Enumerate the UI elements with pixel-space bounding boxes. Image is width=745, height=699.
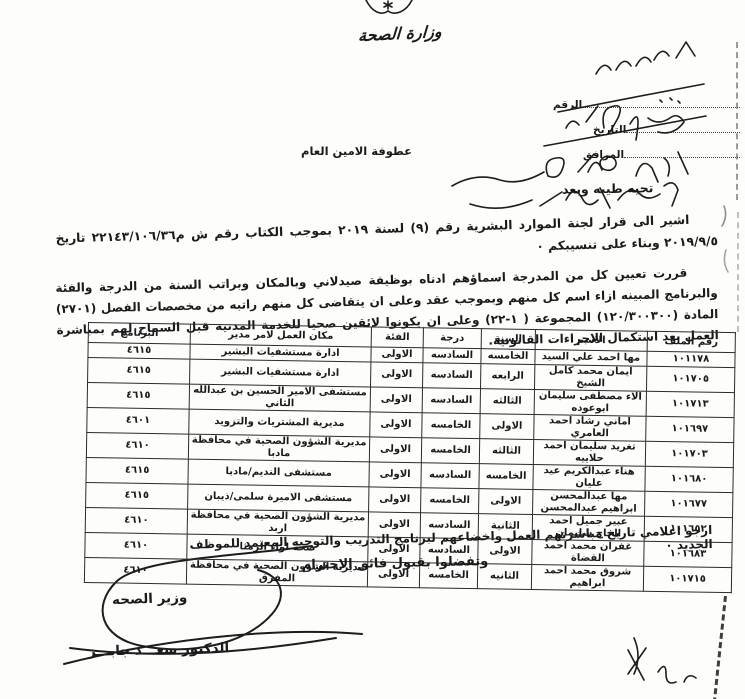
scan-fold-line-bottom [713,596,727,699]
cell-year: الاولى [479,489,533,515]
cell-workplace: مستشفى الامير الحسين بن عبدالله الثاني [189,384,370,412]
margin-marks [722,206,728,272]
cell-name: اماني رشاد احمد العامري [534,415,646,442]
header-degree: درجة [423,328,481,349]
header-file-no: رقم الملف [647,331,735,352]
cell-category: الاولى [369,437,421,463]
cell-year: الثالثه [480,389,534,415]
cell-year: الرابعه [481,364,535,390]
scan-fold-line-middle [737,212,739,332]
cell-degree: الخامسه [421,438,479,464]
cell-file-no: ١٠١٧٠٥ [646,366,734,392]
minister-title: وزير الصحه [112,590,188,609]
cell-category: الاولى [369,487,421,513]
cell-category: الاولى [370,412,422,438]
bottom-right-initials [628,638,696,683]
greeting-line: تحيه طيبه وبعد [561,180,653,197]
ref-date-line [626,122,740,133]
cell-program: ٤٦١٠ [84,557,186,584]
recipient-line: عطوفة الامين العام [338,144,412,158]
header-workplace: مكان العمل لامر مدير [190,324,371,347]
cell-category: الاولى [371,347,423,363]
ref-number-line [582,97,740,108]
cell-degree: السادسه [422,388,480,414]
header-category: الفئة [371,327,423,348]
cell-year: الخامسه [481,349,535,365]
cell-name: الاء مصطفى سليمان ابوعوده [534,390,646,417]
cell-file-no: ١٠١٦٨٠ [645,466,733,492]
cell-name: مها احمد علي السيد [535,350,647,367]
cell-file-no: ١٠١٦٧٧ [645,491,733,517]
header-year: السنة [481,329,535,350]
cell-program: ٤٦١٥ [86,457,188,484]
cell-workplace: مستشفى النديم/مادبا [188,459,369,487]
cell-program: ٤٦١٠ [85,507,187,534]
ref-date-label: التاريخ [593,124,626,136]
cell-name: مها عبدالمحسن ابراهيم عبدالمحسن [533,490,645,517]
cell-workplace: مديرية المشتريات والتزويد [189,409,370,437]
document-page: { "doc": { "ministry_name": "وزارة الصحة… [0,0,745,699]
cell-degree: السادسه [421,463,479,489]
cell-workplace: مستشفى الاميرة سلمى/ذيبان [188,484,369,512]
cell-program: ٤٦١٠ [86,432,188,459]
cell-workplace: ادارة مستشفيات البشير [190,359,371,387]
cell-year: الخامسه [479,464,533,490]
cell-file-no: ١٠١٧٠٣ [645,441,733,467]
cell-year: الاولى [480,414,534,440]
cell-degree: السادسه [423,348,481,364]
cell-workplace: مديرية الشؤون الصحية في محافظة مادبا [188,434,369,462]
ref-number-row: الرقم [553,97,743,111]
ref-attachments-row: المرافق [583,147,743,161]
minister-name: الدكتور سعـــد جابـــر [88,640,230,660]
cell-program: ٤٦١٥ [88,358,190,385]
cell-file-no: ١٠١٦٩٧ [646,416,734,442]
cell-category: الاولى [371,362,423,388]
cell-degree: السادسه [423,363,481,389]
cell-file-no: ١٠١٧١٥ [643,566,731,592]
cell-file-no: ١٠١٧١٣ [646,391,734,417]
cell-degree: الخامسه [422,413,480,439]
cell-program: ٤٦١٥ [86,482,188,509]
ref-number-label: الرقم [553,99,582,111]
ref-attachments-line [624,147,740,158]
cell-name: ايمان محمد كامل الشيخ [534,365,646,392]
header-program: البرنامج [88,323,190,345]
cell-category: الاولى [369,462,421,488]
cell-program: ٤٦١٥ [88,343,190,360]
cell-file-no: ١٠١١٧٨ [647,351,735,367]
scan-fold-line-top [736,42,738,200]
header-name: الاسم [535,330,647,352]
ministry-name: وزارة الصحة [340,21,461,46]
ref-date-row: التاريخ [593,122,743,136]
cell-name: هناء عبدالكريم عيد عليان [533,465,645,492]
cell-program: ٤٦٠١ [87,407,189,434]
cell-program: ٤٦١٠ [85,532,187,559]
cell-category: الاولى [370,387,422,413]
cell-name: شروق محمد احمد ابراهيم [531,565,643,592]
cell-name: تغريد سليمان احمد حلاييه [533,440,645,467]
body-paragraph-1: اشير الى قرار لجنة الموارد البشرية رقم (… [55,208,718,272]
cell-year: الثالثه [479,439,533,465]
cell-program: ٤٦١٥ [87,383,189,410]
cell-degree: الخامسه [421,488,479,514]
ref-attachments-label: المرافق [583,149,624,161]
